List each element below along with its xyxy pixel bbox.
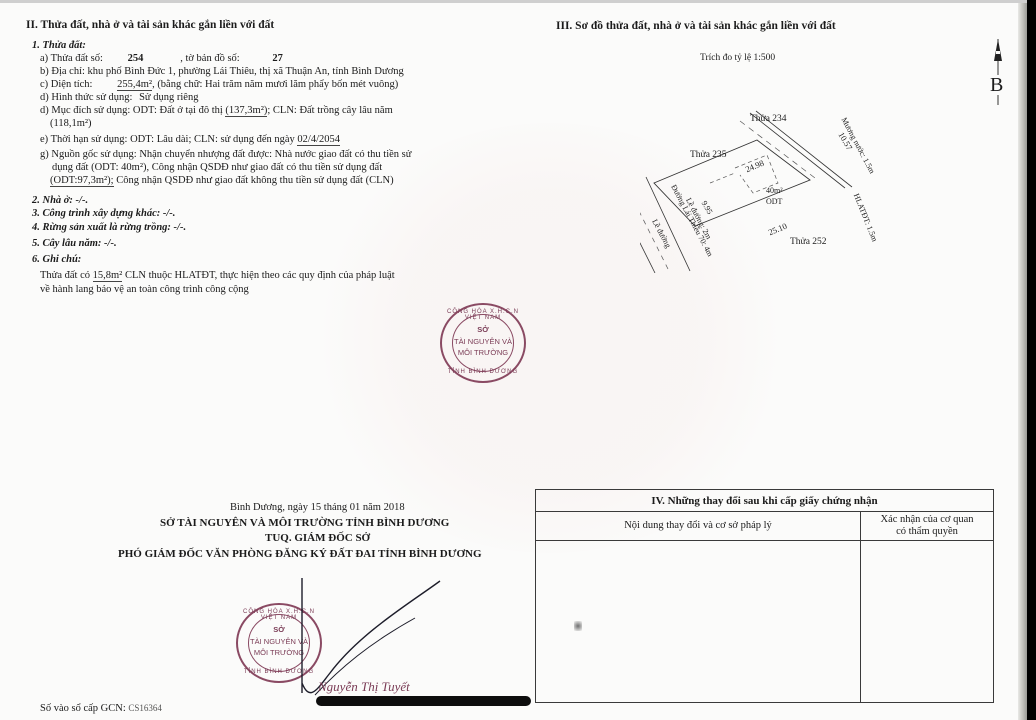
note-prefix: Thửa đất có (40, 270, 93, 281)
parcel-number-value: 254 (128, 53, 178, 65)
usage-form-value: Sử dụng riêng (139, 92, 198, 103)
origin-label: g) Nguồn gốc sử dụng: (40, 149, 137, 160)
confirmation-cell (861, 541, 993, 702)
area-value: 255,4m² (117, 79, 152, 91)
usage-purpose-odt: ODT: Đất ở tại đô thị (133, 105, 223, 116)
seal-line-2: TÀI NGUYÊN VÀ (442, 337, 524, 347)
ink-smudge (574, 621, 582, 631)
usage-term-value: ODT: Lâu dài; CLN: sử dụng đến ngày (130, 134, 295, 145)
north-arrow-icon (986, 37, 1010, 107)
gcn-register-number: Số vào sổ cấp GCN: CS16364 (40, 703, 162, 714)
authorization-line: TUQ. GIÁM ĐỐC SỞ (265, 532, 370, 544)
origin-odt-area: (ODT:97,3m²); (50, 175, 114, 187)
signer-name: Nguyễn Thị Tuyết (318, 679, 410, 695)
area-label: c) Diện tích: (40, 79, 92, 90)
note-suffix: CLN thuộc HLATĐT, thực hiện theo các quy… (122, 270, 394, 281)
usage-term-row: e) Thời hạn sử dụng: ODT: Lâu dài; CLN: … (40, 134, 340, 146)
origin-line-1: Nhận chuyển nhượng đất được: Nhà nước gi… (139, 149, 411, 160)
note-line-2: về hành lang bảo vệ an toàn công trình c… (40, 284, 249, 296)
official-seal-1: CỘNG HÒA X.H.C.N VIỆT NAM SỞ TÀI NGUYÊN … (440, 303, 526, 383)
section-4-title: IV. Những thay đổi sau khi cấp giấy chứn… (536, 490, 993, 512)
item-3-other-works: 3. Công trình xây dựng khác: -/-. (32, 208, 175, 220)
label-parcel-235: Thửa 235 (690, 150, 727, 160)
section-3-title: III. Sơ đồ thửa đất, nhà ở và tài sản kh… (556, 20, 836, 32)
address-value: khu phố Bình Đức 1, phường Lái Thiêu, th… (88, 66, 404, 77)
sign-date: Bình Dương, ngày 15 tháng 01 năm 2018 (230, 502, 405, 513)
certificate-page: II. Thửa đất, nhà ở và tài sản khác gắn … (0, 0, 1027, 720)
seal-top-text: CỘNG HÒA X.H.C.N VIỆT NAM (442, 309, 524, 321)
usage-purpose-row: d) Mục đích sử dụng: ODT: Đất ở tại đô t… (40, 105, 393, 117)
origin-line-3: (ODT:97,3m²); Công nhận QSDĐ như giao đấ… (50, 175, 394, 187)
redaction-bar (316, 696, 531, 706)
column-header-changes: Nội dung thay đổi và cơ sở pháp lý (536, 512, 861, 541)
usage-term-label: e) Thời hạn sử dụng: (40, 134, 127, 145)
changes-content-cell (536, 541, 861, 702)
map-sheet-label: , tờ bản đồ số: (180, 53, 240, 64)
parcel-number-row: a) Thửa đất số: 254 , tờ bản đồ số: 27 (40, 53, 283, 65)
note-area: 15,8m² (93, 270, 123, 282)
item-2-house: 2. Nhà ở: -/-. (32, 195, 88, 207)
label-parcel-234: Thửa 234 (750, 114, 787, 124)
north-letter: B (990, 75, 1003, 95)
inner-area-label: 40m² (766, 186, 783, 195)
origin-row: g) Nguồn gốc sử dụng: Nhận chuyển nhượng… (40, 149, 411, 161)
item-4-forest: 4. Rừng sản xuất là rừng trồng: -/-. (32, 222, 186, 234)
odt-area: (137,3m²) (225, 105, 267, 117)
seal-bottom-text: TỈNH BÌNH DƯƠNG (442, 369, 524, 375)
label-parcel-252: Thửa 252 (790, 237, 827, 247)
item-6-heading: 6. Ghi chú: (32, 254, 81, 266)
confirmation-header-line-1: Xác nhận của cơ quan (880, 514, 973, 526)
parcel-number-label: a) Thửa đất số: (40, 53, 103, 64)
section-2-title: II. Thửa đất, nhà ở và tài sản khác gắn … (26, 19, 274, 31)
origin-line-3-rest: Công nhận QSDĐ như giao đất không thu ti… (114, 175, 394, 186)
seal-line-1: SỞ (442, 325, 524, 335)
changes-table: IV. Những thay đổi sau khi cấp giấy chứn… (535, 489, 994, 703)
item-5-perennial: 5. Cây lâu năm: -/-. (32, 238, 117, 250)
map-sheet-value: 27 (272, 53, 283, 65)
usage-purpose-label: d) Mục đích sử dụng: (40, 105, 130, 116)
cln-area: (118,1m²) (50, 118, 92, 130)
area-row: c) Diện tích: 255,4m², (bằng chữ: Hai tr… (40, 79, 398, 91)
usage-form-label: d) Hình thức sử dụng: (40, 92, 132, 103)
usage-form-row: d) Hình thức sử dụng: Sử dụng riêng (40, 92, 198, 104)
confirmation-header-line-2: có thẩm quyền (880, 526, 973, 538)
item-1-heading: 1. Thửa đất: (32, 40, 86, 52)
inner-use-label: ODT (766, 197, 782, 206)
address-label: b) Địa chỉ: (40, 66, 85, 77)
column-header-confirmation: Xác nhận của cơ quan có thẩm quyền (861, 512, 993, 541)
signer-position: PHÓ GIÁM ĐỐC VĂN PHÒNG ĐĂNG KÝ ĐẤT ĐAI T… (118, 548, 482, 560)
gcn-value: CS16364 (128, 703, 162, 713)
issuing-org: SỞ TÀI NGUYÊN VÀ MÔI TRƯỜNG TỈNH BÌNH DƯ… (160, 517, 449, 529)
paper-edge (1018, 3, 1027, 720)
note-line-1: Thửa đất có 15,8m² CLN thuộc HLATĐT, thự… (40, 270, 395, 282)
seal-line-3: MÔI TRƯỜNG (442, 348, 524, 358)
address-row: b) Địa chỉ: khu phố Bình Đức 1, phường L… (40, 66, 404, 78)
origin-line-2: dụng đất (ODT: 40m²), Công nhận QSDĐ như… (52, 162, 382, 174)
area-words: , (bằng chữ: Hai trăm năm mươi lăm phẩy … (152, 79, 398, 90)
usage-purpose-cln: ; CLN: Đất trồng cây lâu năm (267, 105, 392, 116)
map-scale: Trích đo tỷ lệ 1:500 (700, 53, 775, 63)
usage-term-date: 02/4/2054 (297, 134, 340, 146)
gcn-label: Số vào sổ cấp GCN: (40, 703, 126, 714)
